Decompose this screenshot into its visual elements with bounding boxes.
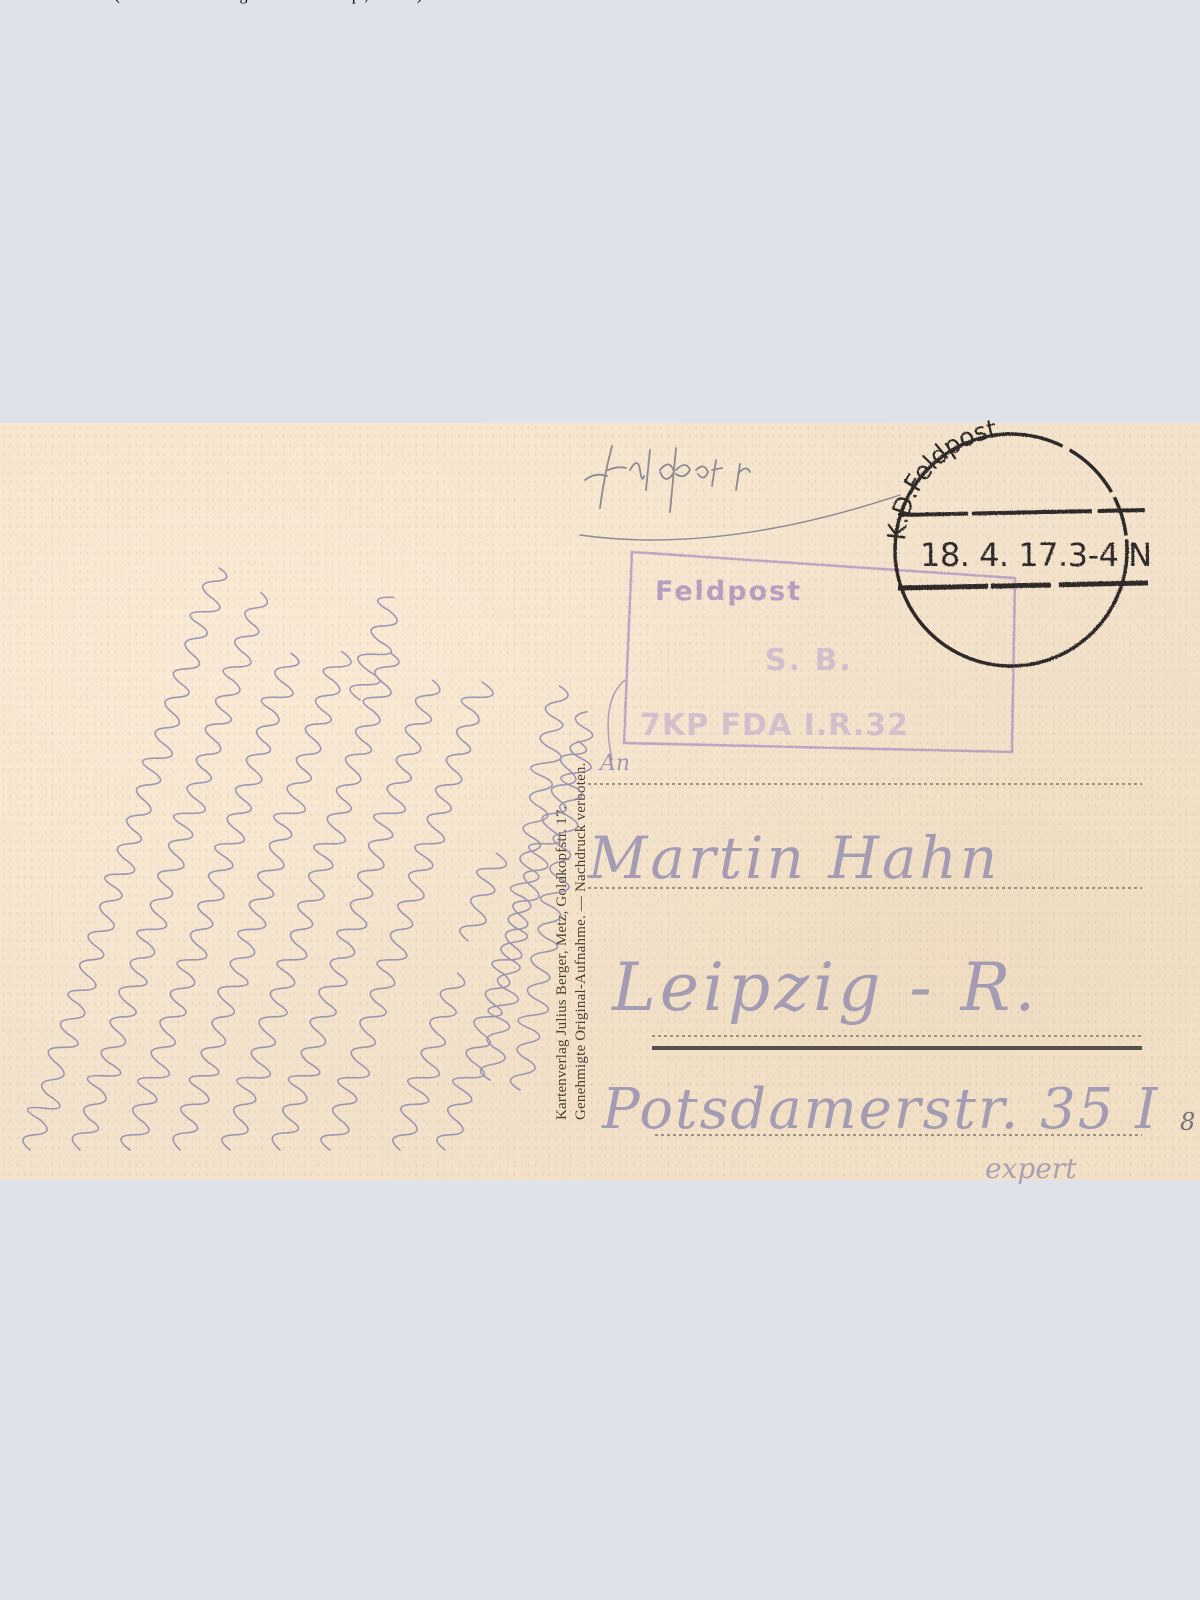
postmark: K.D.Feldpost 18. 4. 17.3-4 N <box>882 414 1152 666</box>
unit-stamp-line-1: Feldpost <box>655 576 802 607</box>
address-prefix: An <box>598 751 630 776</box>
handwritten-address: An Martin Hahn Leipzig - R. Potsdamerstr… <box>587 751 1195 1185</box>
unit-stamp-line-3: 7KP FDA I.R.32 <box>640 708 909 743</box>
postmark-date: 18. 4. 17.3-4 N <box>920 536 1152 574</box>
message-text: Lieber Martin! ... (handwritten message … <box>0 0 422 4</box>
address-street: Potsdamerstr. 35 I <box>601 1077 1159 1142</box>
pencil-stroke <box>608 680 625 760</box>
handwritten-message <box>16 563 601 1154</box>
address-recipient: Martin Hahn <box>587 824 1000 892</box>
postcard-markings: Lieber Martin! ... (handwritten message … <box>0 0 1200 1600</box>
postmark-arc-text: K.D.Feldpost <box>882 414 1000 542</box>
address-city: Leipzig - R. <box>611 949 1039 1026</box>
unit-stamp-line-2: S. B. <box>765 643 853 678</box>
margin-number: 8 <box>1180 1108 1195 1136</box>
address-note: expert <box>985 1152 1077 1185</box>
